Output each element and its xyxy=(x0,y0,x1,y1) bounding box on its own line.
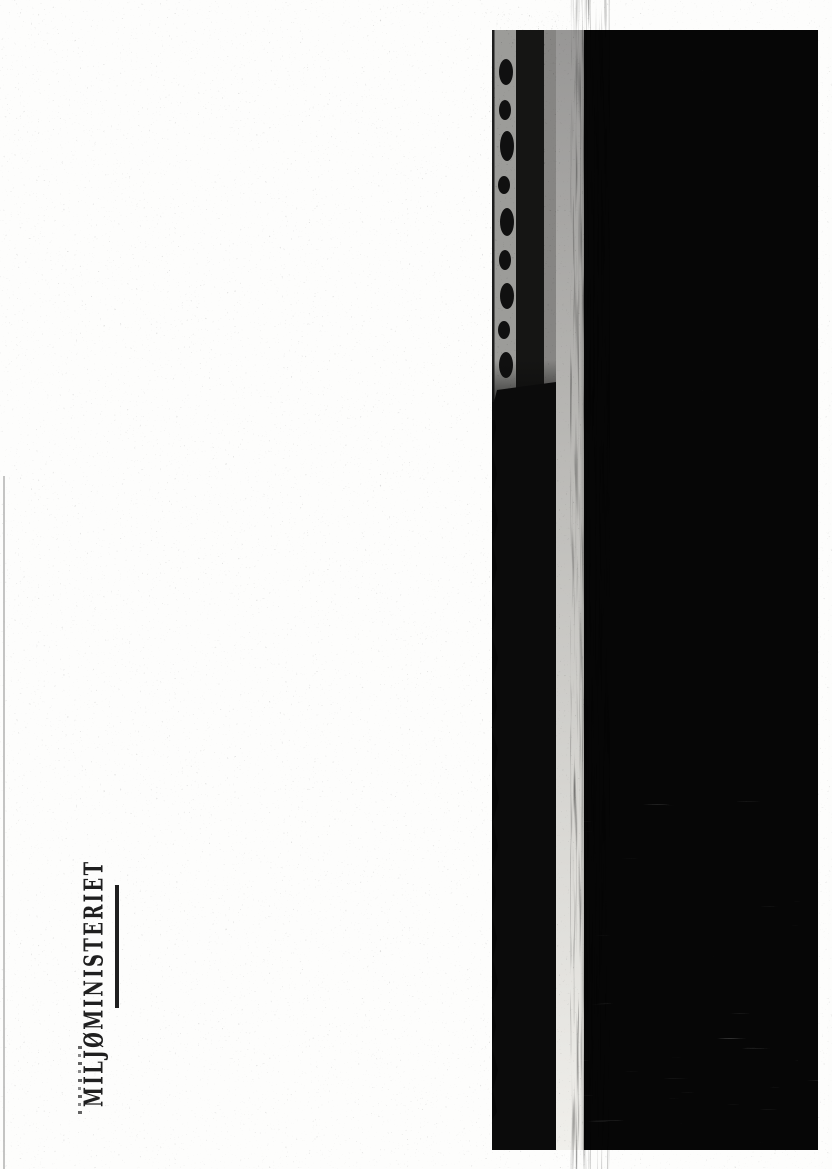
photo-grass-highlights xyxy=(584,30,818,1150)
cover-photo xyxy=(492,30,818,1150)
ministry-wordmark-underline xyxy=(115,885,119,1008)
ministry-wordmark: MILJØMINISTERIET xyxy=(88,882,114,1107)
tiny-marks-column xyxy=(78,1046,84,1114)
scanned-page: MILJØMINISTERIET xyxy=(0,0,832,1169)
photo-vegetation xyxy=(492,360,556,1150)
scan-background xyxy=(0,0,832,1169)
scan-artifact-line xyxy=(3,476,5,1169)
